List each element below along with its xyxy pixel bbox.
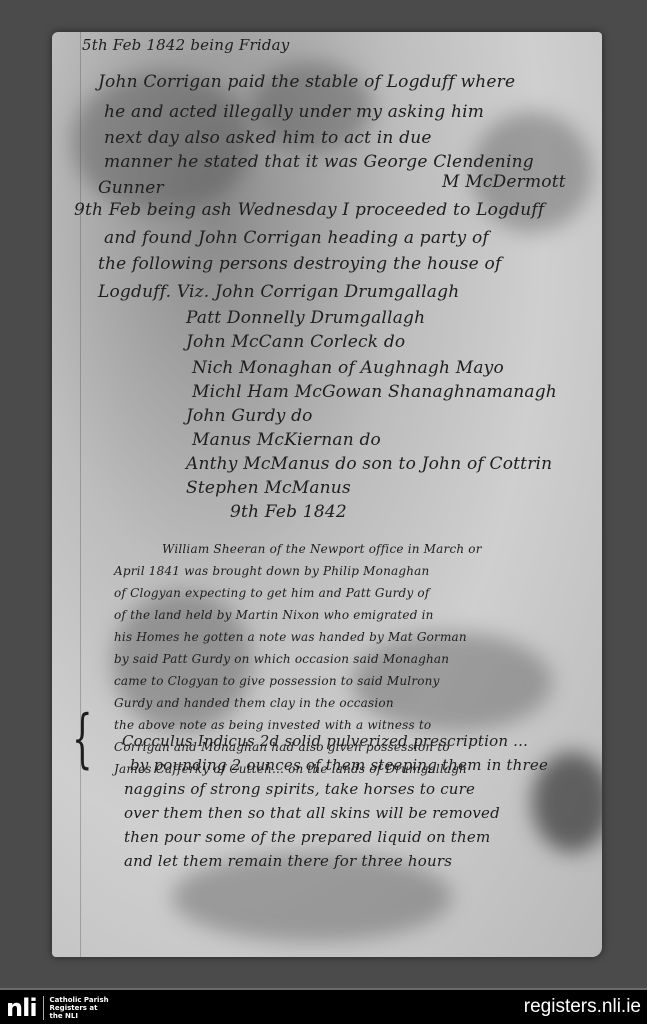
entry-2-line-3: the following persons destroying the hou…	[98, 254, 501, 274]
entry-3-line-2: April 1841 was brought down by Philip Mo…	[114, 564, 429, 578]
entry-3-line-5: his Homes he gotten a note was handed by…	[114, 630, 467, 644]
entry-1-line-1: 5th Feb 1842 being Friday	[82, 36, 289, 54]
entry-3-line-3: of Clogyan expecting to get him and Patt…	[114, 586, 430, 600]
entry-2-date: 9th Feb 1842	[230, 502, 347, 522]
entry-2-line-7: Nich Monaghan of Aughnagh Mayo	[192, 358, 504, 378]
image-viewer: 5th Feb 1842 being Friday John Corrigan …	[0, 0, 647, 988]
entry-2-line-12: Stephen McManus	[186, 478, 351, 498]
logo-divider	[43, 996, 44, 1020]
entry-3-line-8: Gurdy and handed them clay in the occasi…	[114, 696, 394, 710]
entry-2-line-6: John McCann Corleck do	[186, 332, 405, 352]
nli-logo[interactable]: nli Catholic Parish Registers at the NLI	[6, 996, 109, 1020]
entry-2-line-9: John Gurdy do	[186, 406, 313, 426]
entry-2-line-2: and found John Corrigan heading a party …	[104, 228, 489, 248]
entry-2-line-4: Logduff. Viz. John Corrigan Drumgallagh	[98, 282, 459, 302]
entry-1-line-6: Gunner	[98, 178, 164, 198]
entry-1-line-2: John Corrigan paid the stable of Logduff…	[98, 72, 515, 92]
entry-4-line-5: then pour some of the prepared liquid on…	[124, 828, 490, 846]
entry-2-line-10: Manus McKiernan do	[192, 430, 381, 450]
entry-3-line-9: the above note as being invested with a …	[114, 718, 431, 732]
entry-1-line-3: he and acted illegally under my asking h…	[104, 102, 484, 122]
logo-text-line-2: Registers at	[50, 1004, 109, 1012]
entry-2-line-11: Anthy McManus do son to John of Cottrin	[186, 454, 552, 474]
entry-4-line-6: and let them remain there for three hour…	[124, 852, 452, 870]
entry-2-line-5: Patt Donnelly Drumgallagh	[186, 308, 425, 328]
footer-bar: nli Catholic Parish Registers at the NLI…	[0, 988, 647, 1024]
entry-3-line-1: William Sheeran of the Newport office in…	[162, 542, 482, 556]
entry-4-line-3: naggins of strong spirits, take horses t…	[124, 780, 475, 798]
entry-2-line-8: Michl Ham McGowan Shanaghnamanagh	[192, 382, 557, 402]
entry-2-line-1: 9th Feb being ash Wednesday I proceeded …	[74, 200, 544, 220]
nli-logo-mark: nli	[6, 996, 37, 1020]
entry-1-line-5: manner he stated that it was George Clen…	[104, 152, 534, 172]
margin-rule	[80, 32, 81, 957]
entry-4-line-2: by pounding 2 ounces of them steeping th…	[130, 756, 548, 774]
logo-text-line-1: Catholic Parish	[50, 996, 109, 1004]
site-url-link[interactable]: registers.nli.ie	[524, 996, 641, 1018]
margin-brace: {	[72, 702, 92, 776]
entry-3-line-7: came to Clogyan to give possession to sa…	[114, 674, 440, 688]
entry-3-line-4: of the land held by Martin Nixon who emi…	[114, 608, 434, 622]
entry-1-signature: M McDermott	[442, 172, 566, 192]
entry-3-line-6: by said Patt Gurdy on which occasion sai…	[114, 652, 449, 666]
entry-4-line-1: Cocculus Indicus 2d solid pulverized pre…	[122, 732, 528, 750]
entry-4-line-4: over them then so that all skins will be…	[124, 804, 500, 822]
entry-1-line-4: next day also asked him to act in due	[104, 128, 432, 148]
manuscript-page: 5th Feb 1842 being Friday John Corrigan …	[52, 32, 602, 957]
logo-text-line-3: the NLI	[50, 1012, 109, 1020]
logo-text: Catholic Parish Registers at the NLI	[50, 996, 109, 1020]
